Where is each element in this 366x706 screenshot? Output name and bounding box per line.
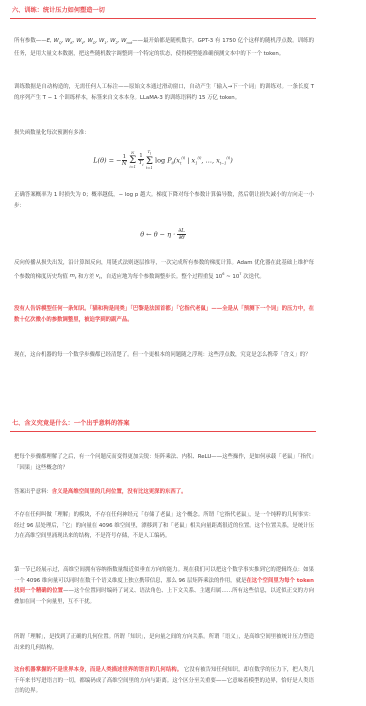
paragraph: 把每个步骤都理解了之后，有一个问题反而变得更加尖锐：矩阵乘法、内积、ReLU——…: [10, 452, 314, 473]
highlight-paragraph: 没有人告诉模型任何一条知识。「猫和狗是同类」「巴黎是法国首都」「它指代老鼠」——…: [10, 304, 314, 325]
paragraph-transition: 现在，这台机器的每一个数学步骤都已经清楚了。但一个更根本的问题随之浮现：这些浮点…: [10, 350, 314, 361]
paragraph: 现在，这台机器的每一个数学步骤都已经清楚了。但一个更根本的问题随之浮现：这些浮点…: [10, 350, 314, 361]
paragraph-params: 所有参数——E, WQ, WK, WV, WO, W1, W2, Wout——最…: [10, 36, 314, 59]
paragraph-definitions: 所谓「理解」，是找到了正确的几何位置。所谓「知识」，是向量之间的方向关系。所谓「…: [10, 632, 314, 653]
paragraph-no-knowledge: 没有人告诉模型任何一条知识。「猫和狗是同类」「巴黎是法国首都」「它指代老鼠」——…: [10, 304, 314, 325]
paragraph-data: 训练数据是自动构造的，无需任何人工标注——原始文本通过滑动窗口，自动产生「输入→…: [10, 82, 314, 103]
paragraph-answer: 答案出乎意料：含义是高维空间里的几何位置，没有比这更深的东西了。: [10, 487, 314, 498]
answer-prefix: 答案出乎意料：: [14, 489, 52, 495]
paragraph-conclusion: 这台机器掌握的不是世界本身，而是人类描述世界的语言的几何结构。 它没有被告知任何…: [10, 665, 314, 697]
paragraph: 这台机器掌握的不是世界本身，而是人类描述世界的语言的几何结构。 它没有被告知任何…: [10, 665, 314, 697]
paragraph-logical-endpoint: 第一节已经展示过，高维空间拥有容纳指数量级近似垂直方向的能力。现在我们可以把这个…: [10, 565, 314, 607]
paragraph-loss-intro: 损失函数量化每次预测有多准：: [10, 128, 314, 139]
paragraph-question: 把每个步骤都理解了之后，有一个问题反而变得更加尖锐：矩阵乘法、内积、ReLU——…: [10, 452, 314, 473]
section-divider: [10, 431, 316, 432]
paragraph: 反向传播从损失出发，沿计算图反向，用链式法则逐层推导，一次完成所有参数的梯度计算…: [10, 258, 314, 284]
paragraph: 损失函数量化每次预测有多准：: [10, 128, 314, 139]
answer-highlight: 含义是高维空间里的几何位置，没有比这更深的东西了。: [52, 489, 187, 495]
paragraph-backprop: 反向传播从损失出发，沿计算图反向，用链式法则逐层推导，一次完成所有参数的梯度计算…: [10, 258, 314, 284]
section-training: 六、训练：统计压力如何塑造一切: [10, 6, 316, 19]
paragraph: 训练数据是自动构造的，无需任何人工标注——原始文本通过滑动窗口，自动产生「输入→…: [10, 82, 314, 103]
paragraph: 答案出乎意料：含义是高维空间里的几何位置，没有比这更深的东西了。: [10, 487, 314, 498]
loss-formula: L(θ) = −1N NΣi=1 1Ti TiΣt=1 log Pθ(xt(i)…: [10, 150, 316, 180]
paragraph: 第一节已经展示过，高维空间拥有容纳指数量级近似垂直方向的能力。现在我们可以把这个…: [10, 565, 314, 607]
paragraph: 不存在任何叫做「理解」的模块，不存在任何神经元「存储了老鼠」这个概念。所谓「它指…: [10, 510, 314, 542]
paragraph: 正确答案概率为 1 时损失为 0；概率越低，− log p 越大。梯度下降对每个…: [10, 190, 314, 211]
section-divider: [10, 18, 316, 19]
paragraph-gradient: 正确答案概率为 1 时损失为 0；概率越低，− log p 越大。梯度下降对每个…: [10, 190, 314, 211]
section-title: 七、含义究竟是什么：一个出乎意料的答案: [10, 419, 316, 429]
paragraph: 所有参数——E, WQ, WK, WV, WO, W1, W2, Wout——最…: [10, 36, 314, 59]
section-title: 六、训练：统计压力如何塑造一切: [10, 6, 316, 16]
update-formula: θ ← θ − η · ∂L∂θ: [10, 228, 316, 252]
paragraph-geometry-fact: 不存在任何叫做「理解」的模块，不存在任何神经元「存储了老鼠」这个概念。所谓「它指…: [10, 510, 314, 542]
section-meaning: 七、含义究竟是什么：一个出乎意料的答案: [10, 419, 316, 432]
conclusion-highlight: 这台机器掌握的不是世界本身，而是人类描述世界的语言的几何结构。: [14, 667, 182, 673]
paragraph: 所谓「理解」，是找到了正确的几何位置。所谓「知识」，是向量之间的方向关系。所谓「…: [10, 632, 314, 653]
